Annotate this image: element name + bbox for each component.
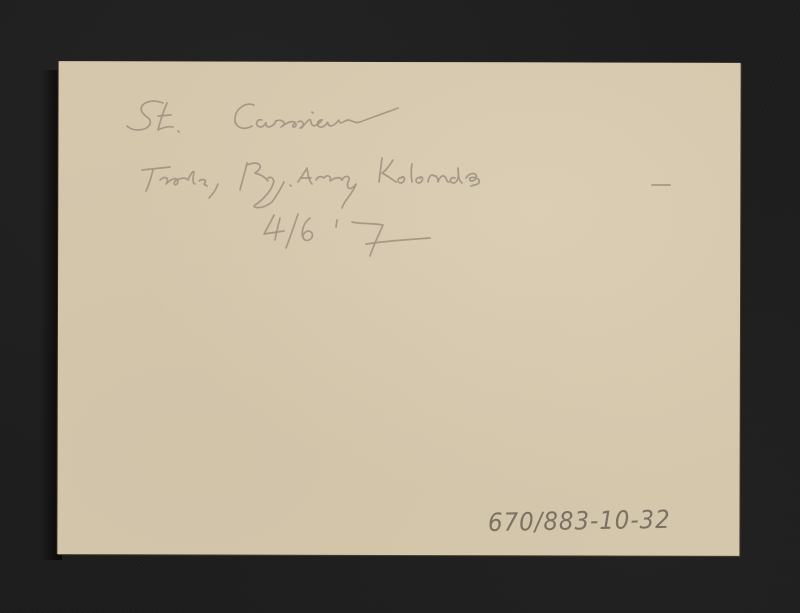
handwriting-line-date: 4/6 17 bbox=[262, 215, 352, 248]
handwriting-line-place: St. Cassian bbox=[125, 100, 295, 135]
handwriting-line-unit: Tpstz, Ry. Ares Kolonde bbox=[135, 158, 469, 191]
photo-card-back bbox=[57, 61, 740, 556]
archive-reference-number: 670/883-10-32 bbox=[488, 505, 671, 537]
